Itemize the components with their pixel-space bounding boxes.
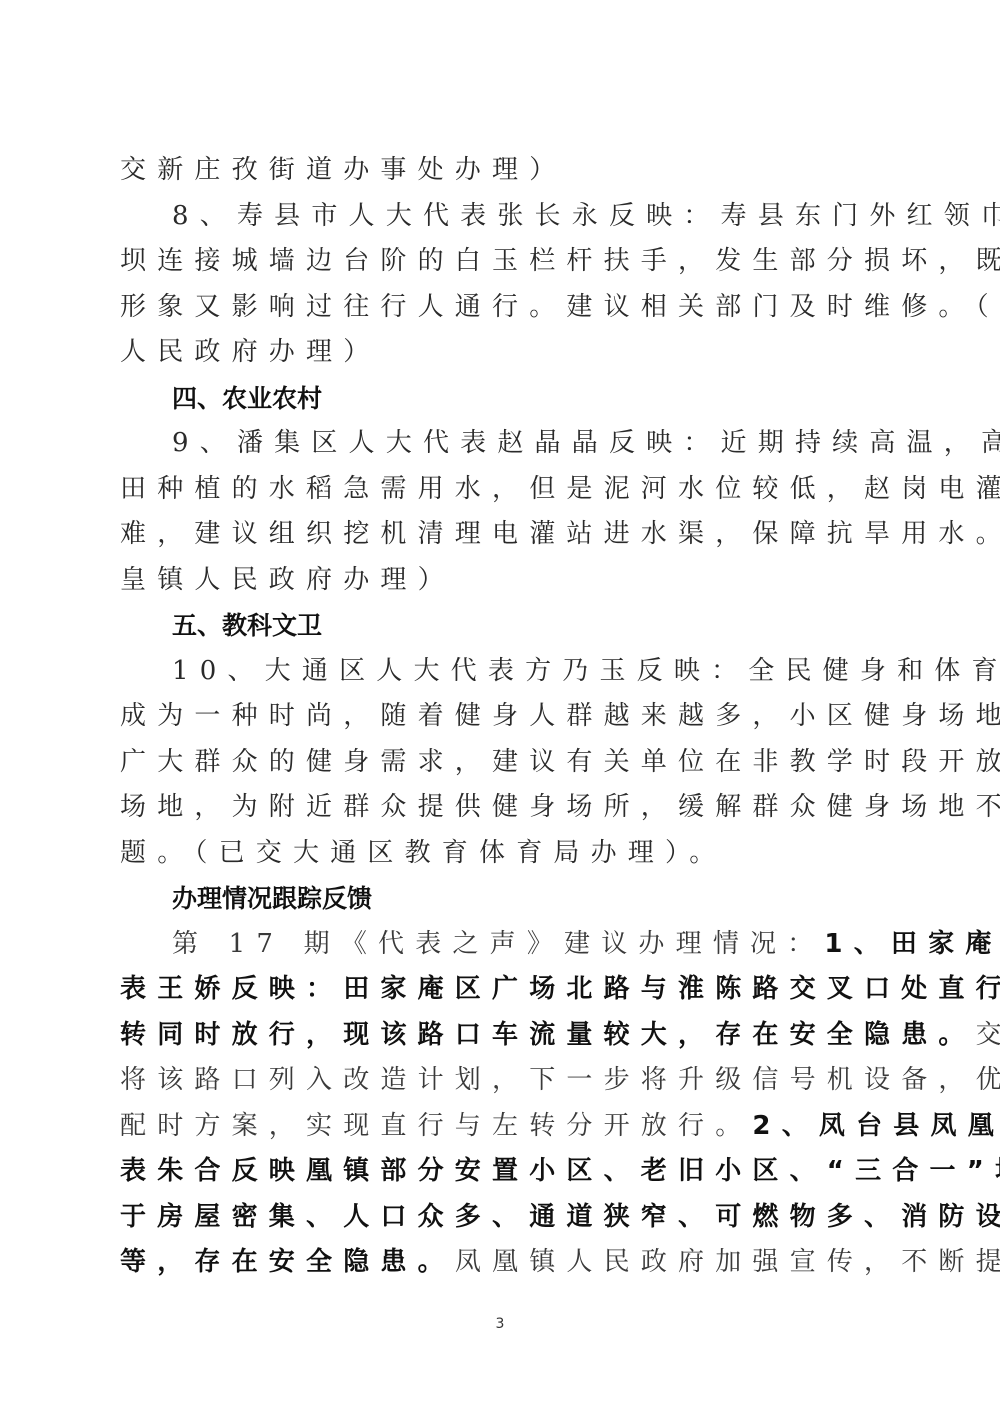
paragraph-line: 8、寿县市人大代表张长永反映：寿县东门外红领巾水库大 xyxy=(120,194,882,240)
paragraph-line: 9、潘集区人大代表赵晶晶反映：近期持续高温，高皇镇湖 xyxy=(120,421,882,467)
paragraph-line: 等，存在安全隐患。凤凰镇人民政府加强宣传，不断提高群众安 xyxy=(120,1240,882,1286)
paragraph-line: 坝连接城墙边台阶的白玉栏杆扶手，发生部分损坏，既影响城市 xyxy=(120,239,882,285)
paragraph-line: 形象又影响过往行人通行。建议相关部门及时维修。（已交寿县 xyxy=(120,285,882,331)
paragraph-line: 将该路口列入改造计划，下一步将升级信号机设备，优化信号灯 xyxy=(120,1058,882,1104)
normal-text: 凤凰镇人民政府加强宣传，不断提高群众安 xyxy=(455,1247,1000,1277)
paragraph-line: 交新庄孜街道办事处办理） xyxy=(120,148,882,194)
paragraph-line: 难，建议组织挖机清理电灌站进水渠，保障抗旱用水。（已交高 xyxy=(120,512,882,558)
bold-text: 2、凤台县凤凰镇人大代 xyxy=(752,1111,1000,1141)
bold-text: 转同时放行，现该路口车流量较大，存在安全隐患。 xyxy=(120,1020,976,1050)
document-body: 交新庄孜街道办事处办理） 8、寿县市人大代表张长永反映：寿县东门外红领巾水库大 … xyxy=(120,148,882,1286)
paragraph-line: 第 17 期《代表之声》建议办理情况：1、田家庵区市人大代 xyxy=(120,922,882,968)
section-heading-agriculture: 四、农业农村 xyxy=(120,376,882,422)
paragraph-line: 题。（已交大通区教育体育局办理）。 xyxy=(120,831,882,877)
paragraph-line: 广大群众的健身需求，建议有关单位在非教学时段开放学校体育 xyxy=(120,740,882,786)
paragraph-line: 表朱合反映凰镇部分安置小区、老旧小区、“三合一”场所，由 xyxy=(120,1149,882,1195)
section-heading-followup: 办理情况跟踪反馈 xyxy=(120,876,882,922)
paragraph-line: 转同时放行，现该路口车流量较大，存在安全隐患。交管部门已 xyxy=(120,1013,882,1059)
paragraph-line: 场地，为附近群众提供健身场所，缓解群众健身场地不足的问 xyxy=(120,785,882,831)
paragraph-line: 10、大通区人大代表方乃玉反映：全民健身和体育锻炼已经 xyxy=(120,649,882,695)
bold-text: 1、田家庵区市人大代 xyxy=(824,929,1000,959)
paragraph-line: 于房屋密集、人口众多、通道狭窄、可燃物多、消防设施不足 xyxy=(120,1195,882,1241)
bold-text: 等，存在安全隐患。 xyxy=(120,1247,455,1277)
paragraph-line: 人民政府办理） xyxy=(120,330,882,376)
paragraph-line: 成为一种时尚，随着健身人群越来越多，小区健身场地难以满足 xyxy=(120,694,882,740)
paragraph-line: 皇镇人民政府办理） xyxy=(120,558,882,604)
paragraph-line: 表王娇反映：田家庵区广场北路与淮陈路交叉口处直行与对向左 xyxy=(120,967,882,1013)
section-heading-education: 五、教科文卫 xyxy=(120,603,882,649)
normal-text: 交管部门已 xyxy=(976,1020,1000,1050)
paragraph-line: 配时方案，实现直行与左转分开放行。2、凤台县凤凰镇人大代 xyxy=(120,1104,882,1150)
normal-text: 第 17 期《代表之声》建议办理情况： xyxy=(172,929,824,959)
page-number: 3 xyxy=(0,1316,1000,1332)
normal-text: 配时方案，实现直行与左转分开放行。 xyxy=(120,1111,752,1141)
paragraph-line: 田种植的水稻急需用水，但是泥河水位较低，赵岗电灌站抽水困 xyxy=(120,467,882,513)
